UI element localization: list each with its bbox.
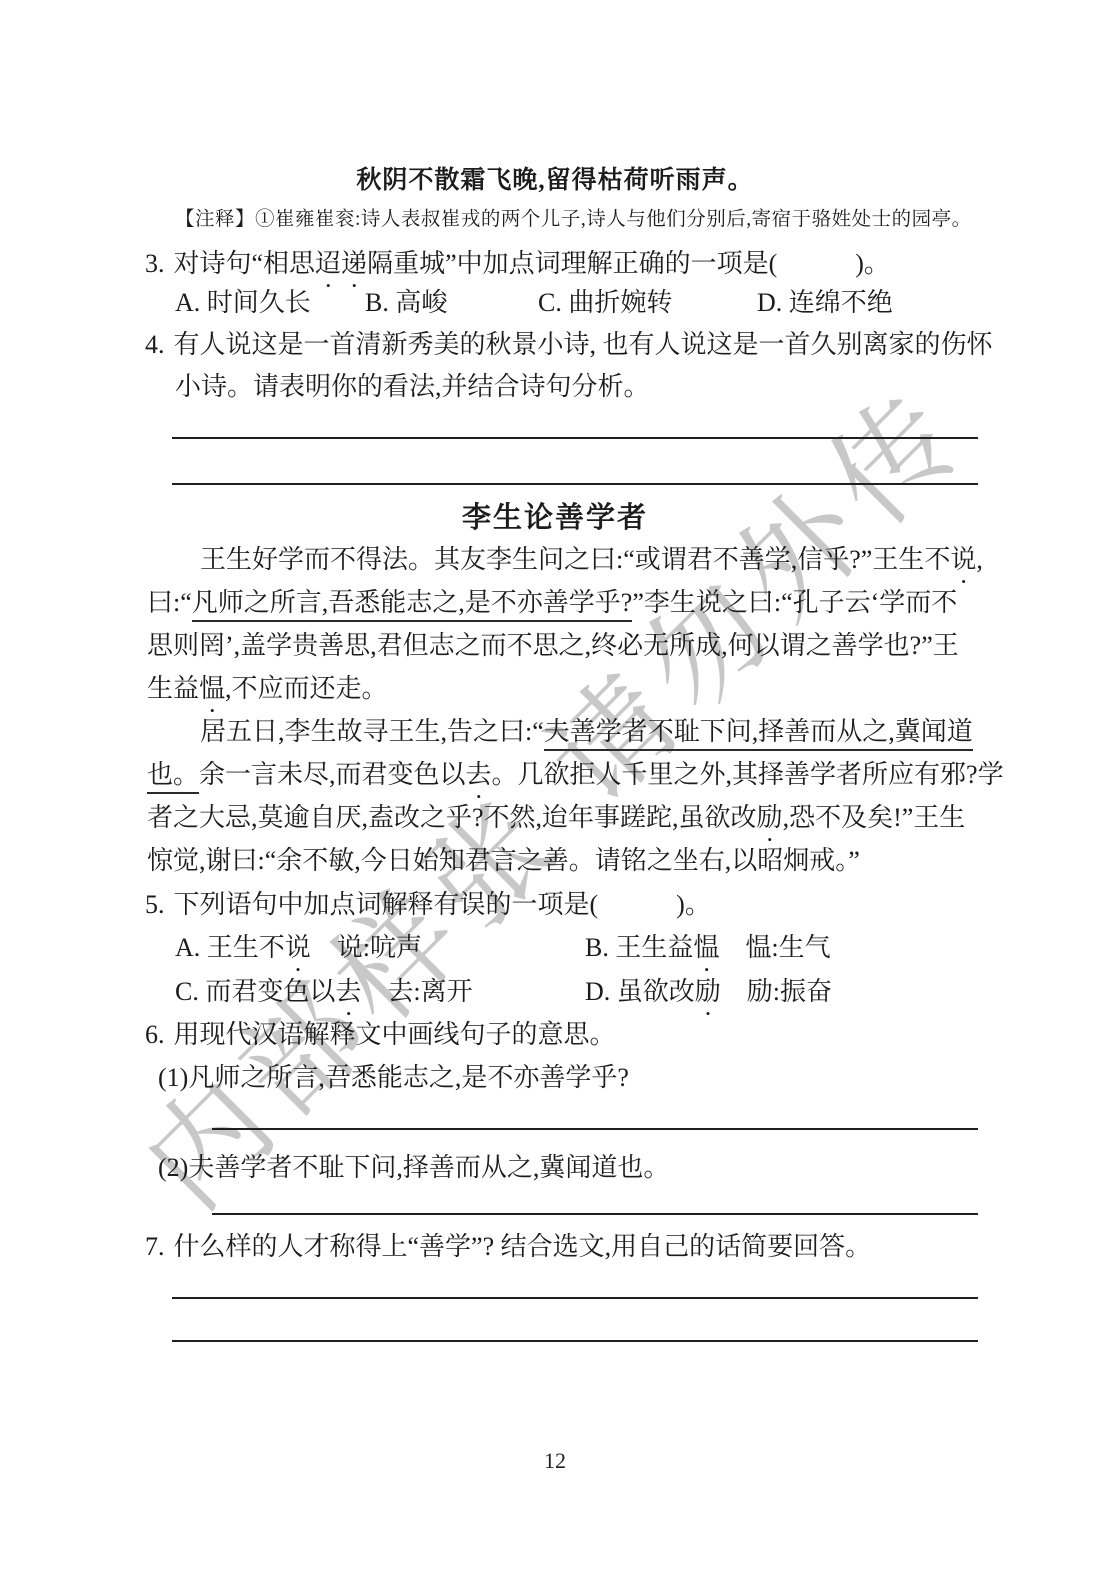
- page-content: 秋阴不散霜飞晚,留得枯荷听雨声。 【注释】①崔雍崔衮:诗人表叔崔戎的两个儿子,诗…: [0, 0, 1110, 1571]
- question-6-sub2: (2)夫善学者不耻下问,择善而从之,冀闻道也。: [158, 1147, 669, 1184]
- text-run: 去:离开: [361, 977, 472, 1006]
- option-c: C. 曲折婉转: [538, 282, 672, 319]
- question-4-text-line1: 有人说这是一首清新秀美的秋景小诗, 也有人说这是一首久别离家的伤怀: [174, 330, 993, 359]
- text-run: ,: [976, 545, 983, 574]
- emphasized-char: 愠: [693, 933, 719, 962]
- passage-line: 生益愠,不应而还走。: [147, 667, 977, 710]
- emphasized-char: 迢递: [315, 249, 367, 278]
- text-run: A. 王生不: [175, 933, 285, 962]
- text-run: D. 虽欲改: [585, 977, 695, 1006]
- text-run: 对诗句“相思: [174, 249, 316, 278]
- text-run: ”李生说之曰:“孔子云‘学而不: [632, 588, 957, 617]
- emphasized-char: 说: [950, 545, 976, 574]
- text-run: 思则罔’,盖学贵善思,君但志之而不思之,终必无所成,何以谓之善学也?”王: [147, 631, 959, 660]
- passage-line: 者之大忌,莫逾自厌,盍改之乎?不然,迨年事蹉跎,虽欲改励,恐不及矣!”王生: [147, 796, 977, 839]
- answer-line: [172, 437, 978, 439]
- option-d: D. 连绵不绝: [757, 282, 893, 319]
- question-6-text: 用现代汉语解释文中画线句子的意思。: [174, 1020, 616, 1049]
- underlined-text: 凡师之所言,吾悉能志之,是不亦善学乎?: [192, 588, 633, 622]
- underlined-text: 夫善学者不耻下问,择善而从之,冀闻道: [544, 717, 973, 751]
- question-4-number: 4.: [145, 330, 165, 360]
- question-5-number: 5.: [145, 890, 165, 920]
- option-b: B. 王生益愠 愠:生气: [585, 927, 831, 977]
- option-b: B. 高峻: [365, 282, 447, 319]
- answer-line: [172, 483, 978, 485]
- answer-line: [212, 1213, 978, 1215]
- question-6-sub1: (1)凡师之所言,吾悉能志之,是不亦善学乎?: [158, 1057, 629, 1094]
- annotation-note: 【注释】①崔雍崔衮:诗人表叔崔戎的两个儿子,诗人与他们分别后,寄宿于骆姓处士的园…: [175, 203, 972, 231]
- option-a: A. 时间久长: [175, 282, 311, 319]
- text-run: 。几欲拒人千里之外,其择善学者所应有邪?学: [492, 760, 1004, 789]
- question-5-text: 下列语句中加点词解释有误的一项是( )。: [174, 890, 711, 919]
- emphasized-char: 去: [335, 977, 361, 1006]
- text-run: 惊觉,谢曰:“余不敏,今日始知君言之善。请铭之坐右,以昭炯戒。”: [147, 846, 860, 875]
- text-run: 愠:生气: [719, 933, 830, 962]
- answer-line: [172, 1340, 978, 1342]
- passage-line: 惊觉,谢曰:“余不敏,今日始知君言之善。请铭之坐右,以昭炯戒。”: [147, 839, 977, 882]
- emphasized-char: 愠: [199, 674, 225, 703]
- question-4-text-line2: 小诗。请表明你的看法,并结合诗句分析。: [175, 366, 650, 403]
- text-run: 生益: [147, 674, 199, 703]
- question-3-options: A. 时间久长 B. 高峻 C. 曲折婉转 D. 连绵不绝: [0, 282, 1110, 318]
- passage-title: 李生论善学者: [0, 495, 1110, 536]
- text-run: B. 王生益: [585, 933, 693, 962]
- text-run: 励:振奋: [721, 977, 832, 1006]
- question-3-number: 3.: [145, 249, 165, 279]
- poem-line: 秋阴不散霜飞晚,留得枯荷听雨声。: [0, 160, 1110, 196]
- text-run: ,不应而还走。: [225, 674, 388, 703]
- text-run: C. 而君变色以: [175, 977, 335, 1006]
- option-d: D. 虽欲改励 励:振奋: [585, 971, 832, 1021]
- emphasized-char: 励: [757, 803, 783, 832]
- question-5: 5.下列语句中加点词解释有误的一项是( )。: [145, 884, 711, 921]
- underlined-text: 也。: [147, 760, 199, 794]
- text-run: 隔重城”中加点词理解正确的一项是( )。: [367, 249, 890, 278]
- emphasized-char: 说: [285, 933, 311, 962]
- text-run: ,恐不及矣!”王生: [783, 803, 966, 832]
- answer-line: [212, 1128, 978, 1130]
- page-number: 12: [0, 1448, 1110, 1474]
- option-a: A. 王生不说 说:吭声: [175, 927, 422, 977]
- question-6: 6.用现代汉语解释文中画线句子的意思。: [145, 1014, 616, 1051]
- emphasized-char: 去: [466, 760, 492, 789]
- text-run: 余一言未尽,而君变色以: [199, 760, 466, 789]
- text-run: 说:吭声: [311, 933, 422, 962]
- question-5-options: A. 王生不说 说:吭声 B. 王生益愠 愠:生气 C. 而君变色以去 去:离开…: [0, 925, 1110, 1017]
- question-7-number: 7.: [145, 1232, 165, 1262]
- question-4: 4.有人说这是一首清新秀美的秋景小诗, 也有人说这是一首久别离家的伤怀: [145, 324, 993, 361]
- text-run: 王生好学而不得法。其友李生问之曰:“或谓君不善学,信乎?”王生不: [200, 545, 950, 574]
- passage-line: 也。余一言未尽,而君变色以去。几欲拒人千里之外,其择善学者所应有邪?学: [147, 753, 977, 796]
- passage-line: 思则罔’,盖学贵善思,君但志之而不思之,终必无所成,何以谓之善学也?”王: [147, 624, 977, 667]
- passage-body: 王生好学而不得法。其友李生问之曰:“或谓君不善学,信乎?”王生不说,曰:“凡师之…: [147, 538, 977, 882]
- text-run: 居五日,李生故寻王生,告之曰:“: [200, 717, 544, 746]
- question-3-text: 对诗句“相思迢递隔重城”中加点词理解正确的一项是( )。: [174, 249, 890, 278]
- passage-line: 曰:“凡师之所言,吾悉能志之,是不亦善学乎?”李生说之曰:“孔子云‘学而不: [147, 581, 977, 624]
- question-7-text: 什么样的人才称得上“善学”? 结合选文,用自己的话简要回答。: [174, 1232, 872, 1261]
- emphasized-char: 励: [695, 977, 721, 1006]
- passage-line: 居五日,李生故寻王生,告之曰:“夫善学者不耻下问,择善而从之,冀闻道: [147, 710, 977, 753]
- text-run: 曰:“: [147, 588, 192, 617]
- text-run: 者之大忌,莫逾自厌,盍改之乎?不然,迨年事蹉跎,虽欲改: [147, 803, 757, 832]
- passage-line: 王生好学而不得法。其友李生问之曰:“或谓君不善学,信乎?”王生不说,: [147, 538, 977, 581]
- answer-line: [172, 1297, 978, 1299]
- question-6-number: 6.: [145, 1020, 165, 1050]
- question-7: 7.什么样的人才称得上“善学”? 结合选文,用自己的话简要回答。: [145, 1226, 871, 1263]
